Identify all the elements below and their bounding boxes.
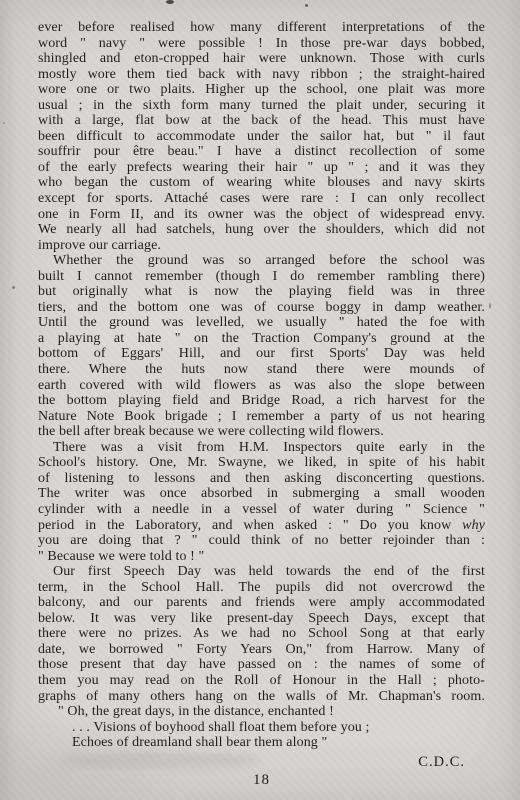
text-line: There was a visit from H.M. Inspectors q… [38, 440, 485, 456]
text-line: a playing at hate " on the Traction Comp… [38, 331, 485, 347]
scan-speck [166, 0, 174, 4]
paragraphs: ever before realised how many different … [38, 20, 485, 704]
text-line: Whether the ground was so arranged befor… [38, 253, 485, 269]
paragraph: Whether the ground was so arranged befor… [38, 253, 485, 440]
text-line: souffrir pour être beau." I have a disti… [38, 144, 485, 160]
page-number: 18 [38, 772, 485, 789]
text-line: of listening to lessons and then asking … [38, 471, 485, 487]
author-initials: C.D.C. [38, 754, 485, 770]
text-line: improve our carriage. [38, 238, 485, 254]
text-line: shingled and eton-cropped hair were unkn… [38, 51, 485, 67]
text-line: Until the ground was levelled, we usuall… [38, 315, 485, 331]
scan-speck [3, 122, 5, 124]
text-line: cylinder with a needle in a vessel of wa… [38, 502, 485, 518]
text-line: those present that day have passed on : … [38, 657, 485, 673]
quote-line: Echoes of dreamland shall bear them alon… [72, 735, 485, 751]
scan-speck [489, 303, 491, 309]
text-line: but originally what is now the playing f… [38, 284, 485, 300]
paragraph: Our first Speech Day was held towards th… [38, 564, 485, 704]
text-line: earth covered with wild flowers as was a… [38, 378, 485, 394]
text-line: date, we borrowed " Forty Years On," fro… [38, 642, 485, 658]
text-line: graphs of many others hang on the walls … [38, 689, 485, 705]
book-page: ever before realised how many different … [0, 0, 520, 800]
scan-speck [12, 286, 15, 289]
text-line: who began the custom of wearing white bl… [38, 175, 485, 191]
text-line: ever before realised how many different … [38, 20, 485, 36]
scan-speck [305, 4, 308, 7]
text-line: there. Where the huts now stand there we… [38, 362, 485, 378]
text-line: Our first Speech Day was held towards th… [38, 564, 485, 580]
text-line: School's history. One, Mr. Swayne, we li… [38, 455, 485, 471]
text-line: there were no prizes. As we had no Schoo… [38, 626, 485, 642]
text-line: of the early prefects wearing their hair… [38, 160, 485, 176]
text-line: usual ; in the sixth form many turned th… [38, 98, 485, 114]
text-line: The writer was once absorbed in submergi… [38, 486, 485, 502]
text-line: Nature Note Book brigade ; I remember a … [38, 409, 485, 425]
closing-quote-verse: " Oh, the great days, in the distance, e… [38, 704, 485, 751]
text-line: one in Form II, and its owner was the ob… [38, 207, 485, 223]
quote-line: . . . Visions of boyhood shall float the… [72, 720, 485, 736]
text-line: the bottom playing field and Bridge Road… [38, 393, 485, 409]
text-line: built I cannot remember (though I do rem… [38, 269, 485, 285]
text-line: the bell after break because we were col… [38, 424, 485, 440]
text-line: you are doing that ? " could think of no… [38, 533, 485, 549]
text-line: wore one or two plaits. Higher up the sc… [38, 82, 485, 98]
text-line: " Because we were told to ! " [38, 549, 485, 565]
text-line: mostly wore them tied back with navy rib… [38, 67, 485, 83]
text-line: below. It was very like present-day Spee… [38, 611, 485, 627]
text-line: period in the Laboratory, and when asked… [38, 518, 485, 534]
text-line: them you may read on the Roll of Honour … [38, 673, 485, 689]
text-line: word " navy " were possible ! In those p… [38, 36, 485, 52]
text-line: tiers, and the bottom one was of course … [38, 300, 485, 316]
text-line: been difficult to accommodate under the … [38, 129, 485, 145]
text-line: We nearly all had satchels, hung over th… [38, 222, 485, 238]
text-line: term, in the School Hall. The pupils did… [38, 580, 485, 596]
text-line: except for sports. Attaché cases were ra… [38, 191, 485, 207]
text-line: balcony, and our parents and friends wer… [38, 595, 485, 611]
paragraph: There was a visit from H.M. Inspectors q… [38, 440, 485, 564]
text-line: bottom of Eggars' Hill, and our first Sp… [38, 346, 485, 362]
text-column: ever before realised how many different … [38, 20, 485, 789]
paragraph: ever before realised how many different … [38, 20, 485, 253]
text-line: with a large, flat bow at the back of th… [38, 113, 485, 129]
quote-line: " Oh, the great days, in the distance, e… [58, 704, 485, 720]
